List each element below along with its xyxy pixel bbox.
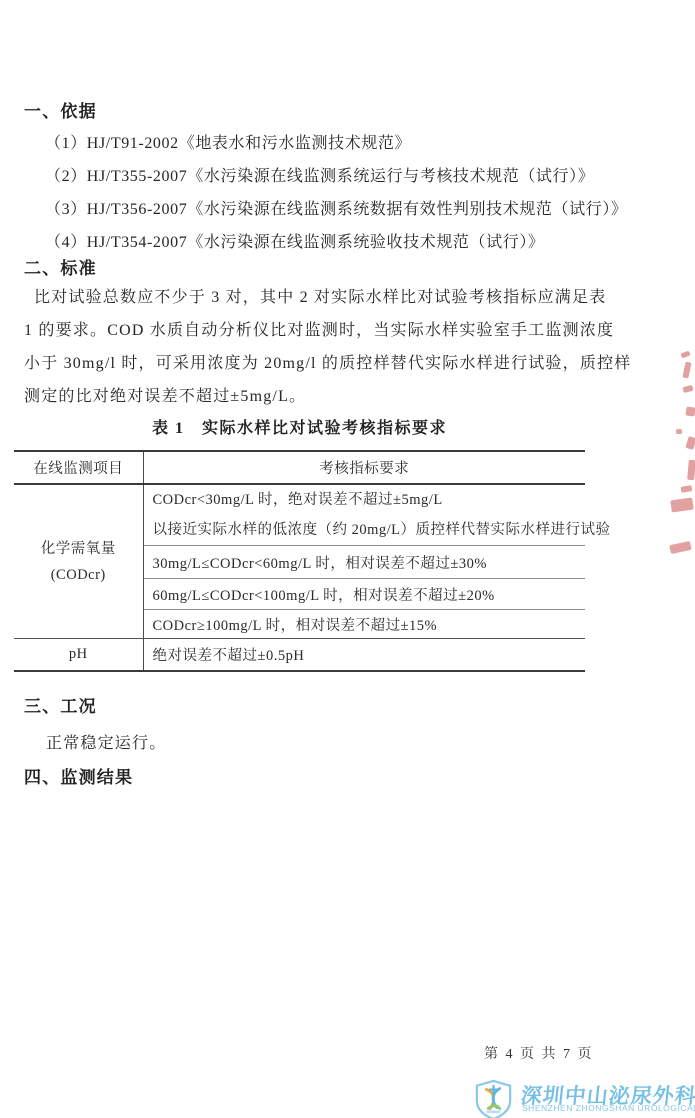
ph-criteria-cell: 绝对误差不超过±0.5pH: [143, 639, 585, 672]
standard-paragraph-line: 测定的比对绝对误差不超过±5mg/L。: [24, 383, 306, 406]
red-stamp-fragment: [682, 385, 693, 393]
basis-item: （2）HJ/T355-2007《水污染源在线监测系统运行与考核技术规范（试行）》: [45, 163, 594, 186]
col-header-item: 在线监测项目: [14, 451, 143, 484]
table-row: pH 绝对误差不超过±0.5pH: [14, 639, 585, 672]
table-header-row: 在线监测项目 考核指标要求: [14, 451, 585, 484]
section-condition-heading: 三、工况: [24, 692, 97, 717]
cod-abbr: (CODcr): [14, 562, 143, 588]
cod-criteria-cell: 30mg/L≤CODcr<60mg/L 时，相对误差不超过±30%: [143, 546, 585, 579]
condition-body: 正常稳定运行。: [46, 730, 166, 753]
red-stamp-fragment: [686, 436, 695, 450]
cod-criteria-cell: 60mg/L≤CODcr<100mg/L 时，相对误差不超过±20%: [143, 579, 585, 610]
hospital-logo-shield-icon: [473, 1080, 514, 1118]
basis-item: （4）HJ/T354-2007《水污染源在线监测系统验收技术规范（试行）》: [45, 229, 545, 252]
red-stamp-fragment: [676, 429, 682, 434]
section-standard-heading: 二、标准: [24, 254, 97, 279]
criteria-line: CODcr<30mg/L 时，绝对误差不超过±5mg/L: [153, 485, 586, 515]
red-stamp-fragment: [670, 498, 693, 513]
table-row: 化学需氧量 (CODcr) CODcr<30mg/L 时，绝对误差不超过±5mg…: [14, 484, 585, 546]
red-stamp-fragment: [680, 351, 690, 359]
section-basis-heading: 一、依据: [24, 97, 97, 122]
red-stamp-fragment: [687, 460, 695, 481]
col-header-criteria: 考核指标要求: [143, 451, 585, 484]
cod-item-cell: 化学需氧量 (CODcr): [14, 484, 143, 639]
standard-paragraph-line: 1 的要求。COD 水质自动分析仪比对监测时，当实际水样实验室手工监测浓度: [24, 317, 614, 340]
criteria-table: 在线监测项目 考核指标要求 化学需氧量 (CODcr) CODcr<30mg/L…: [14, 450, 585, 672]
red-stamp-fragment: [681, 485, 693, 493]
hospital-name-english: SHENZHEN ZHONGSHAN UROLOGICAL HOSPITAL: [522, 1103, 695, 1113]
standard-paragraph-line: 小于 30mg/l 时，可采用浓度为 20mg/l 的质控样替代实际水样进行试验…: [24, 350, 631, 373]
red-stamp-fragment: [685, 406, 695, 416]
cod-name: 化学需氧量: [14, 536, 143, 562]
section-results-heading: 四、监测结果: [24, 763, 133, 788]
page-number: 第 4 页 共 7 页: [484, 1043, 594, 1063]
basis-item: （1）HJ/T91-2002《地表水和污水监测技术规范》: [45, 130, 411, 153]
red-stamp-fragment: [682, 362, 691, 379]
red-stamp-fragment: [669, 541, 691, 554]
criteria-line: 以接近实际水样的低浓度（约 20mg/L）质控样代替实际水样进行试验: [153, 515, 586, 545]
cod-criteria-cell: CODcr<30mg/L 时，绝对误差不超过±5mg/L 以接近实际水样的低浓度…: [143, 484, 585, 546]
cod-criteria-cell: CODcr≥100mg/L 时，相对误差不超过±15%: [143, 610, 585, 639]
basis-item: （3）HJ/T356-2007《水污染源在线监测系统数据有效性判别技术规范（试行…: [45, 196, 628, 219]
document-page: { "colors": { "logo_blue": "#74bfe4", "s…: [0, 0, 695, 1118]
ph-item-cell: pH: [14, 639, 143, 672]
standard-paragraph-line: 比对试验总数应不少于 3 对，其中 2 对实际水样比对试验考核指标应满足表: [24, 284, 606, 307]
table-title: 表 1 实际水样比对试验考核指标要求: [14, 415, 585, 438]
